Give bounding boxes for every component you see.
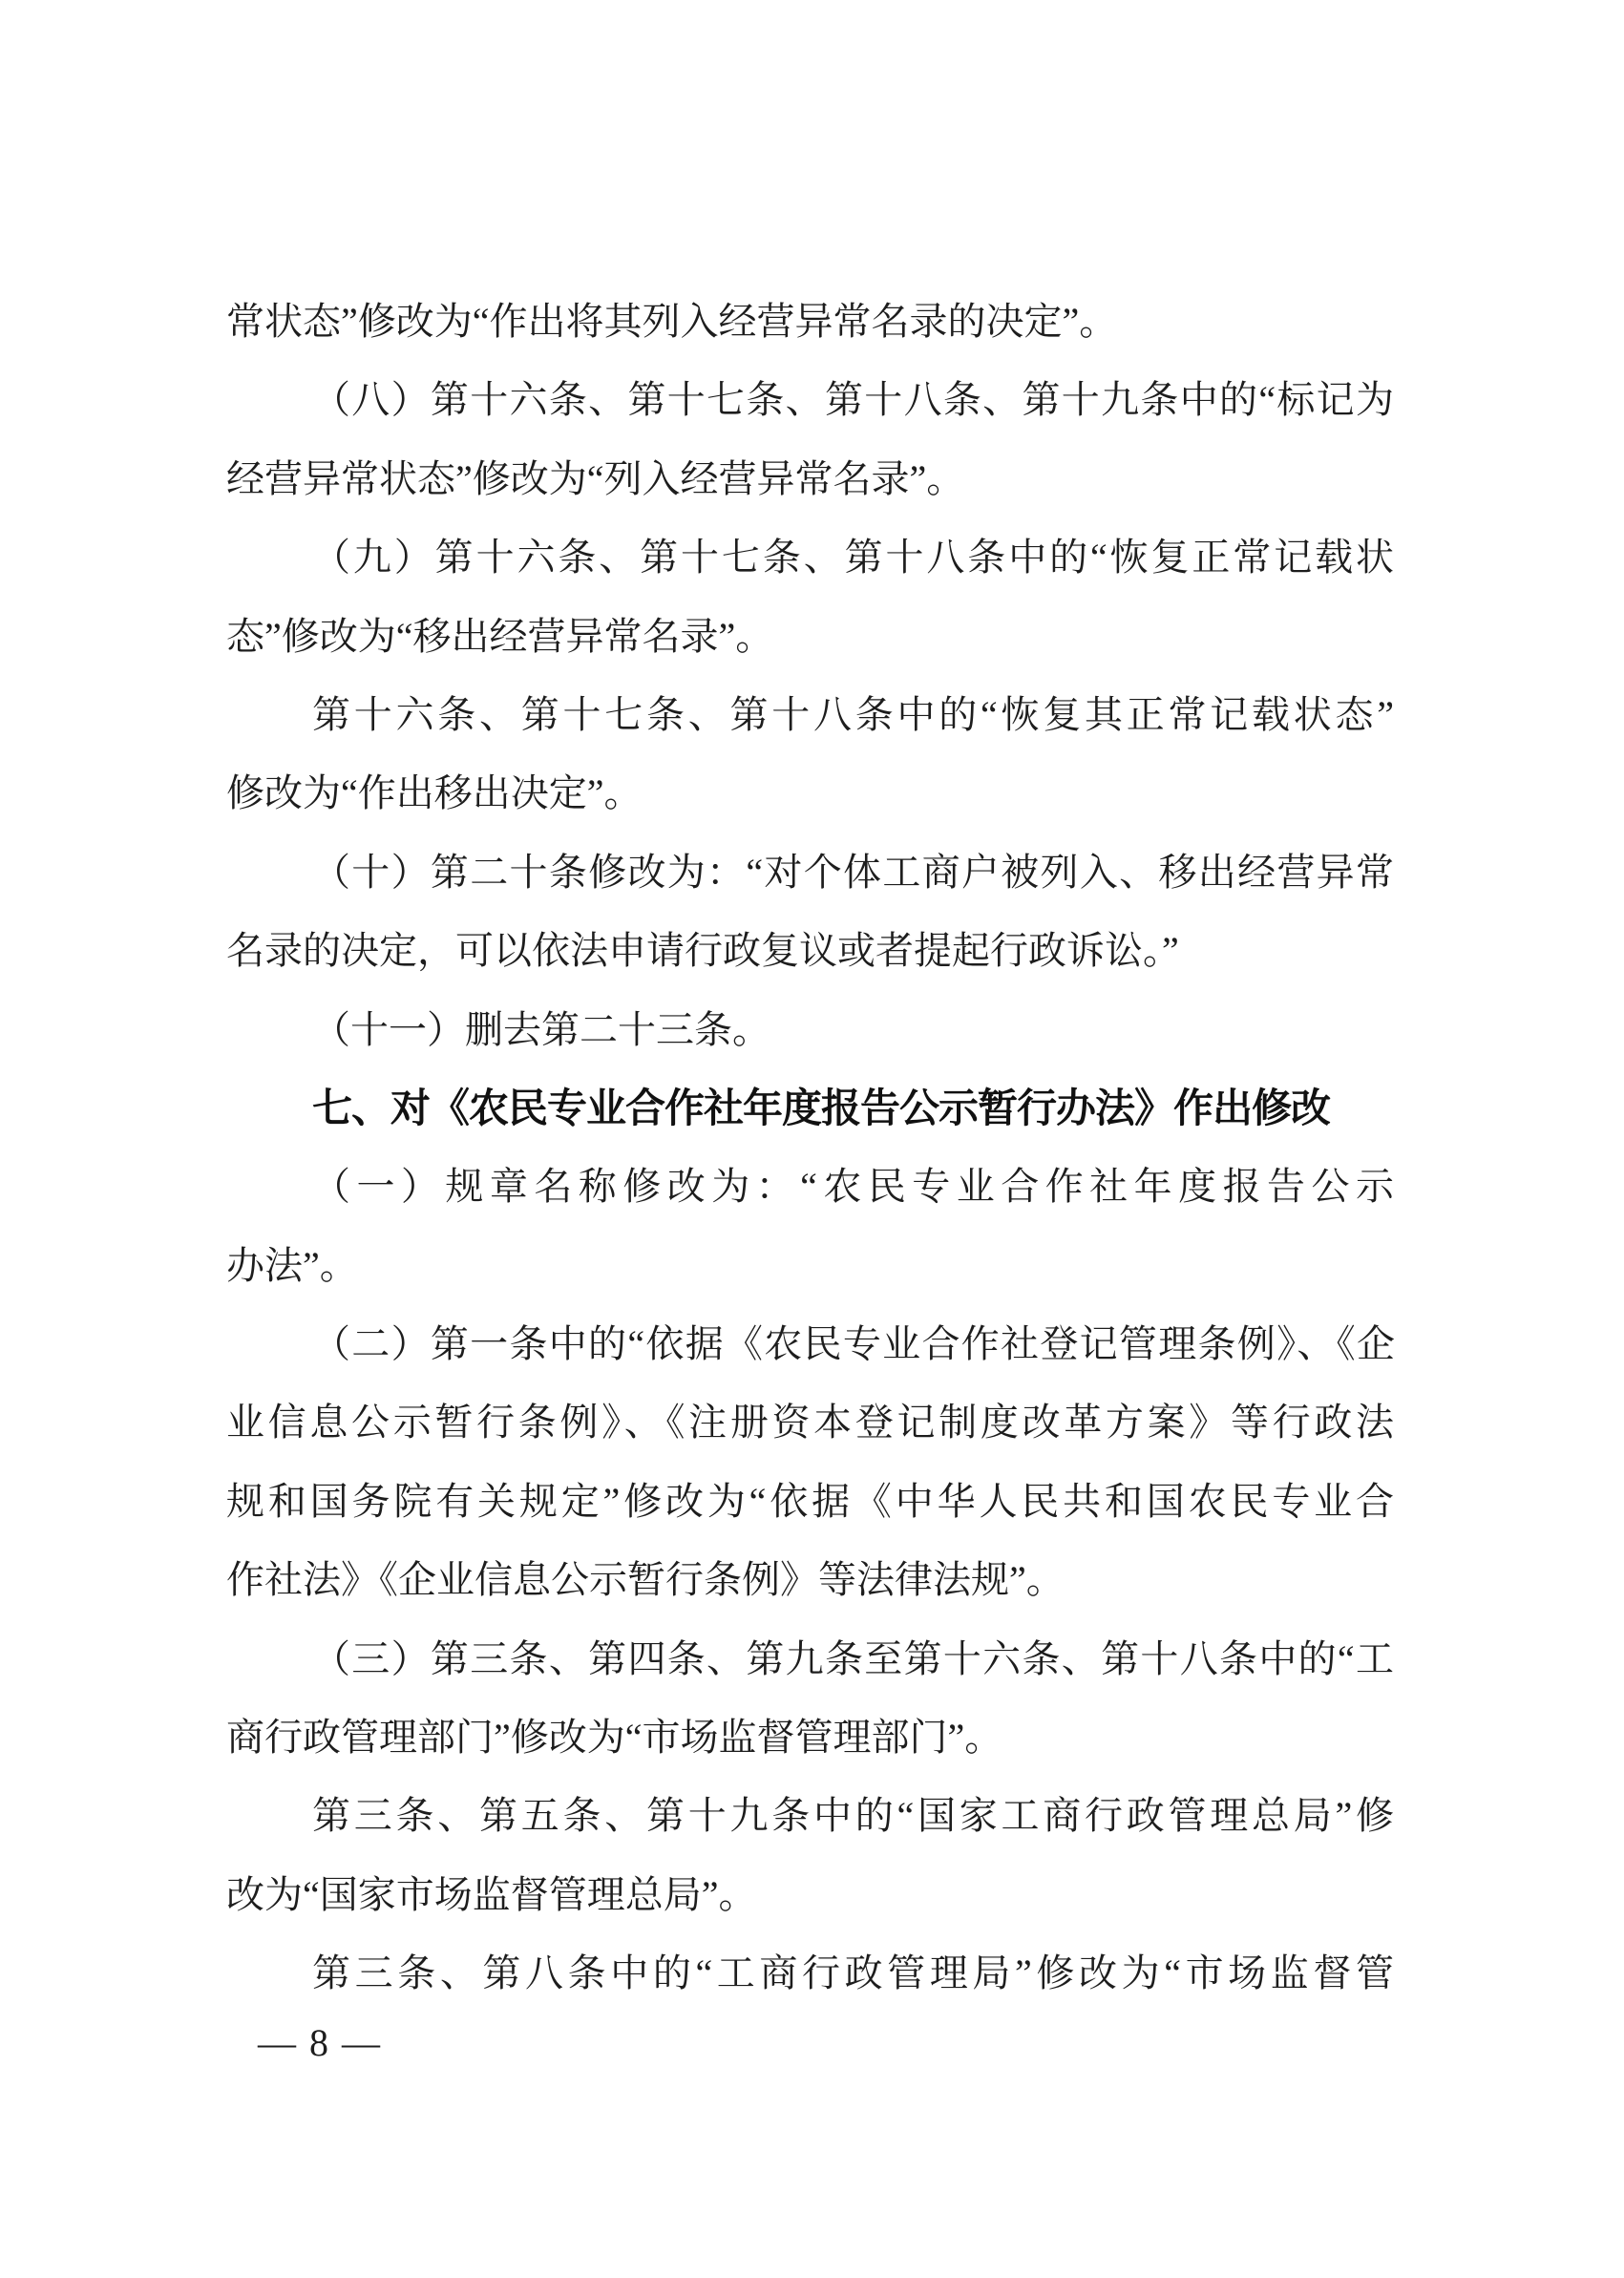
page-number: — 8 — [258,2016,382,2070]
text-line: 办法”。 [226,1227,1394,1305]
text-line: 修改为“作出移出决定”。 [226,754,1394,833]
text-line: 改为“国家市场监督管理总局”。 [226,1856,1394,1934]
document-page: 常状态”修改为“作出将其列入经营异常名录的决定”。 （八）第十六条、第十七条、第… [0,0,1624,2278]
text-line: （一）规章名称修改为：“农民专业合作社年度报告公示 [226,1148,1394,1226]
text-line: （十一）删去第二十三条。 [226,991,1394,1069]
text-line: 经营异常状态”修改为“列入经营异常名录”。 [226,440,1394,518]
text-line: 第十六条、第十七条、第十八条中的“恢复其正常记载状态” [226,676,1394,754]
text-line: 业信息公示暂行条例》、《注册资本登记制度改革方案》等行政法 [226,1383,1394,1462]
text-line: （八）第十六条、第十七条、第十八条、第十九条中的“标记为 [226,361,1394,439]
section-heading: 七、对《农民专业合作社年度报告公示暂行办法》作出修改 [226,1069,1394,1148]
text-line: （二）第一条中的“依据《农民专业合作社登记管理条例》、《企 [226,1305,1394,1383]
text-line: 商行政管理部门”修改为“市场监督管理部门”。 [226,1698,1394,1777]
text-line: 态”修改为“移出经营异常名录”。 [226,598,1394,676]
text-line: （十）第二十条修改为：“对个体工商户被列入、移出经营异常 [226,833,1394,912]
text-line: 名录的决定，可以依法申请行政复议或者提起行政诉讼。” [226,912,1394,990]
text-line: 规和国务院有关规定”修改为“依据《中华人民共和国农民专业合 [226,1463,1394,1541]
text-line: （九）第十六条、第十七条、第十八条中的“恢复正常记载状 [226,518,1394,597]
text-line: （三）第三条、第四条、第九条至第十六条、第十八条中的“工 [226,1620,1394,1698]
document-body: 常状态”修改为“作出将其列入经营异常名录的决定”。 （八）第十六条、第十七条、第… [226,283,1394,2014]
text-line: 常状态”修改为“作出将其列入经营异常名录的决定”。 [226,283,1394,361]
text-line: 第三条、第八条中的“工商行政管理局”修改为“市场监督管 [226,1934,1394,2013]
text-line: 第三条、第五条、第十九条中的“国家工商行政管理总局”修 [226,1777,1394,1855]
text-line: 作社法》《企业信息公示暂行条例》等法律法规”。 [226,1541,1394,1619]
